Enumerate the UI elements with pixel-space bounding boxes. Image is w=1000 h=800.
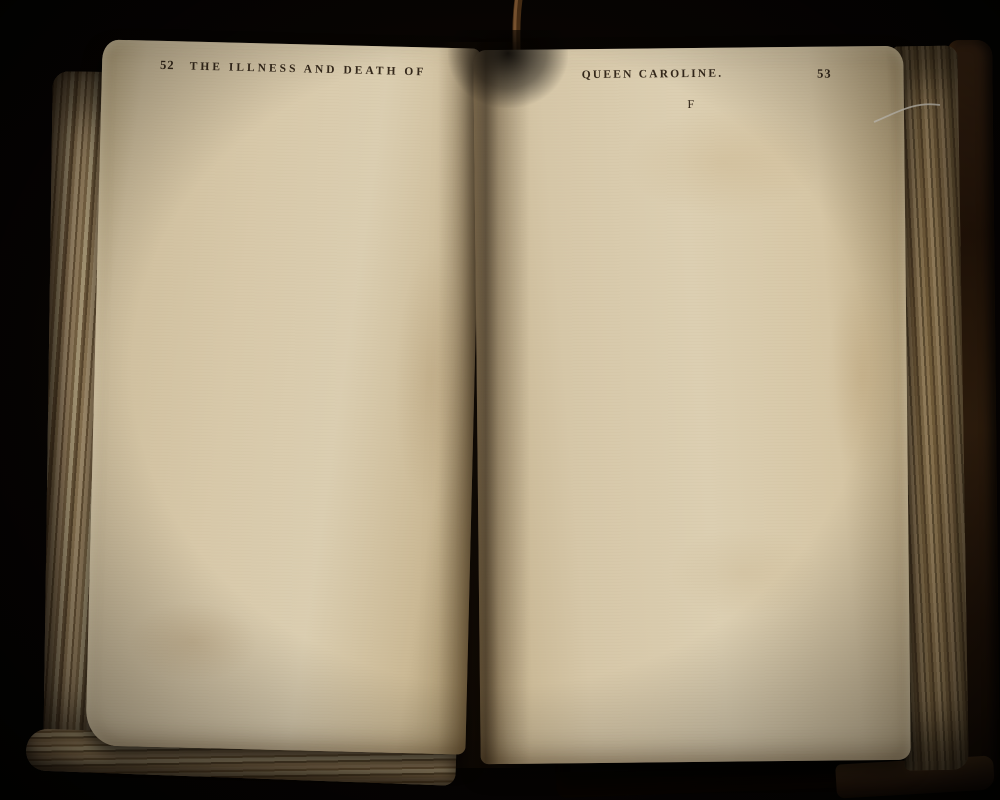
left-page: 52 THE ILLNESS AND DEATH OF — [85, 39, 482, 754]
right-page: QUEEN CAROLINE. 53 F — [473, 46, 910, 764]
foxing-stain — [127, 600, 259, 683]
running-title: QUEEN CAROLINE. — [465, 66, 839, 82]
signature-mark: F — [504, 95, 878, 114]
foxing-stain — [391, 247, 467, 509]
foxing-stain — [826, 276, 898, 477]
foxing-stain — [668, 527, 819, 619]
left-page-header: 52 THE ILLNESS AND DEATH OF — [120, 56, 468, 84]
page-number: 53 — [817, 67, 832, 82]
will-paragraph — [120, 86, 468, 88]
foxing-stain — [624, 107, 825, 219]
photo-background: 52 THE ILLNESS AND DEATH OF QUEEN CAROLI… — [0, 0, 1000, 800]
right-page-header: QUEEN CAROLINE. 53 — [503, 66, 877, 90]
running-title: THE ILLNESS AND DEATH OF — [134, 59, 482, 79]
page-body-text — [120, 83, 468, 92]
